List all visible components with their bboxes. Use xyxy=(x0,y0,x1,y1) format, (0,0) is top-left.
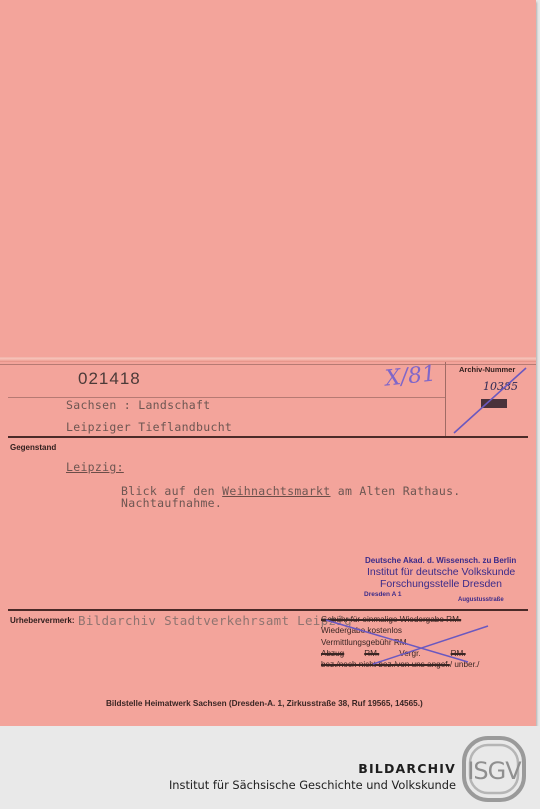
subject-keyword: Weihnachtsmarkt xyxy=(222,484,330,498)
svg-text:ISGV: ISGV xyxy=(467,757,522,785)
stamp-line3: Forschungsstelle Dresden xyxy=(380,578,502,590)
copyright-label: Urhebervermerk: xyxy=(10,616,74,625)
archive-column-divider xyxy=(445,362,446,437)
stamp-line2: Institut für deutsche Volkskunde xyxy=(367,566,515,578)
catalog-number: 021418 xyxy=(78,369,141,389)
isgv-logo-icon: ISGV xyxy=(458,734,530,804)
subject-place: Leipzig: xyxy=(66,460,124,474)
institute-stamp: Deutsche Akad. d. Wissensch. zu Berlin I… xyxy=(363,556,513,606)
stamp-line4-left: Dresden A 1 xyxy=(364,591,401,598)
pencil-mark: Ⅹ/81 xyxy=(384,361,437,391)
publisher-line: Bildstelle Heimatwerk Sachsen (Dresden-A… xyxy=(106,699,423,708)
area-line: Leipziger Tieflandbucht xyxy=(66,420,232,434)
region-line: Sachsen : Landschaft xyxy=(66,398,210,412)
stamp-line1: Deutsche Akad. d. Wissensch. zu Berlin xyxy=(365,556,516,565)
archive-title: BILDARCHIV xyxy=(358,761,456,776)
subject-desc-post: am Alten Rathaus. xyxy=(331,484,461,498)
stamp-line4-right: Augustusstraße xyxy=(458,597,504,603)
copyright-value: Bildarchiv Stadtverkehrsamt Leipzig xyxy=(78,613,352,628)
institution-name: Institut für Sächsische Geschichte und V… xyxy=(169,778,456,792)
copyright-top-rule xyxy=(8,609,528,611)
archive-strike-line xyxy=(450,365,530,437)
card-fold xyxy=(0,357,536,362)
subject-description-line2: Nachtaufnahme. xyxy=(121,496,222,510)
subject-label: Gegenstand xyxy=(10,443,56,452)
fees-cross-strike xyxy=(318,612,508,667)
